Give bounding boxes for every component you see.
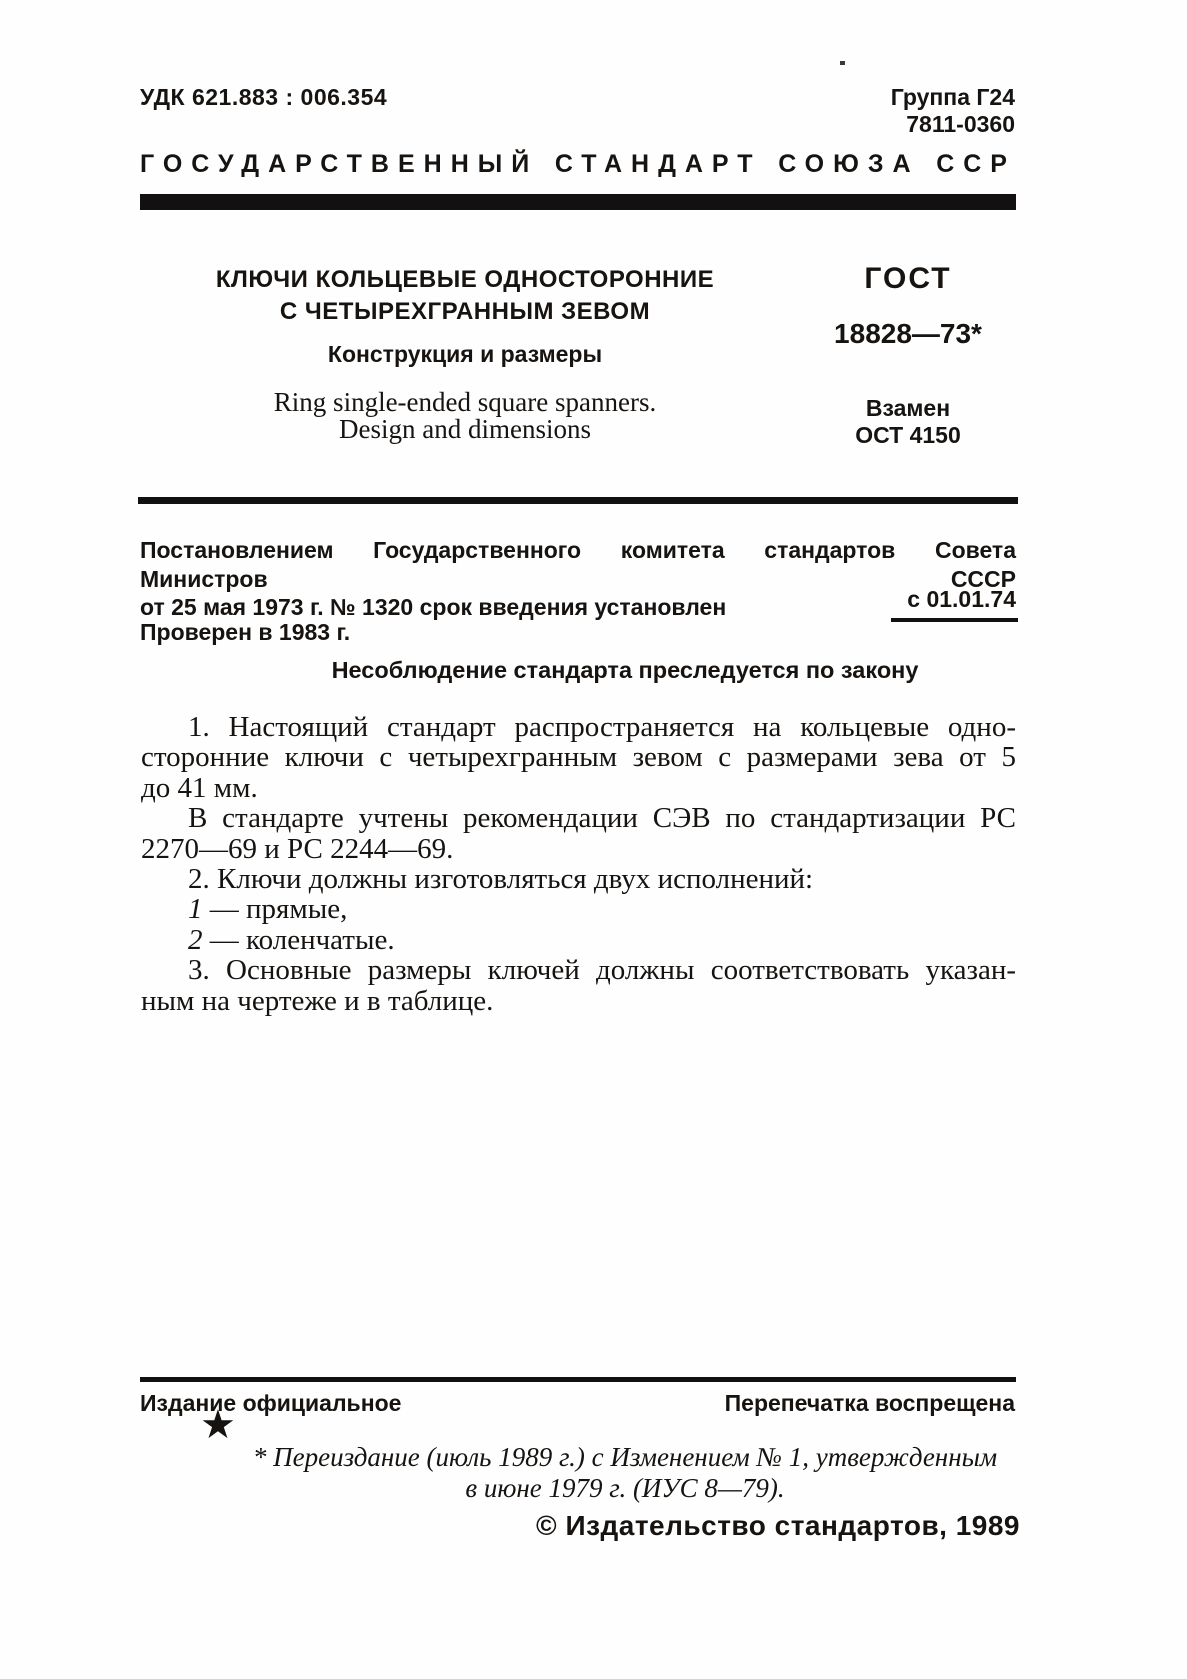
standard-title-en-line2: Design and dimensions [140,414,790,445]
okp-code: 7811-0360 [891,111,1015,138]
replaces-label: Взамен [800,395,1016,422]
masthead-title: ГОСУДАРСТВЕННЫЙ СТАНДАРТ СОЮЗА ССР [140,150,1016,179]
variant-2-number: 2 [188,924,203,956]
paragraph-3: 2. Ключи должны изготовляться двух испол… [141,864,1016,894]
paragraph-4-line-2: ным на чертеже и в таблице. [141,986,1016,1016]
publisher-copyright: © Издательство стандартов, 1989 [536,1510,1020,1542]
gost-standard-page: УДК 621.883 : 006.354 Группа Г24 7811-03… [0,0,1187,1679]
variant-2-text: — коленчатые. [203,924,395,956]
variant-2-item: 2 — коленчатые. [141,925,1016,955]
decree-statement: Постановлением Государственного комитета… [140,536,1016,622]
reprint-prohibited-label: Перепечатка воспрещена [725,1390,1015,1417]
official-edition-label: Издание официальное [140,1390,401,1417]
standard-subtitle-ru: Конструкция и размеры [140,341,790,368]
standard-body-text: 1. Настоящий стандарт распространяется н… [141,712,1016,1016]
paragraph-1-line-1: 1. Настоящий стандарт распространяется н… [141,712,1016,742]
law-notice: Несоблюдение стандарта преследуется по з… [187,657,1063,684]
decree-line1: Постановлением Государственного комитета… [140,536,1016,593]
section-rule [138,497,1018,504]
scan-speck-artifact [840,61,845,65]
group-code-block: Группа Г24 7811-0360 [891,84,1015,138]
variant-1-number: 1 [188,893,203,925]
variant-1-text: — прямые, [203,893,348,925]
standard-title-ru-line1: КЛЮЧИ КОЛЬЦЕВЫЕ ОДНОСТОРОННИЕ [140,266,790,294]
footer-rule [140,1377,1016,1382]
checked-note: Проверен в 1983 г. [140,619,350,646]
gost-label: ГОСТ [800,262,1016,296]
standard-title-ru-line2: С ЧЕТЫРЕХГРАННЫМ ЗЕВОМ [140,298,790,326]
star-icon: ★ [200,1405,236,1445]
udk-classifier: УДК 621.883 : 006.354 [140,84,387,111]
paragraph-1-line-3: до 41 мм. [141,773,1016,803]
decree-line2: от 25 мая 1973 г. № 1320 срок введения у… [140,593,1016,622]
replaces-value: ОСТ 4150 [800,422,1016,449]
reissue-footnote: * Переиздание (июль 1989 г.) с Изменение… [190,1442,1060,1504]
paragraph-2-line-1: В стандарте учтены рекомендации СЭВ по с… [141,803,1016,833]
paragraph-1-line-2: сторонние ключи с четырехгранным зевом с… [141,742,1016,772]
gost-number: 18828—73* [800,318,1016,350]
effective-date: с 01.01.74 [891,586,1018,622]
reissue-footnote-line1: * Переиздание (июль 1989 г.) с Изменение… [190,1442,1060,1473]
masthead-rule [140,194,1016,210]
variant-1-item: 1 — прямые, [141,894,1016,924]
paragraph-4-line-1: 3. Основные размеры ключей должны соотве… [141,955,1016,985]
group-label: Группа Г24 [891,84,1015,111]
paragraph-2-line-2: 2270—69 и РС 2244—69. [141,834,1016,864]
reissue-footnote-line2: в июне 1979 г. (ИУС 8—79). [190,1473,1060,1504]
